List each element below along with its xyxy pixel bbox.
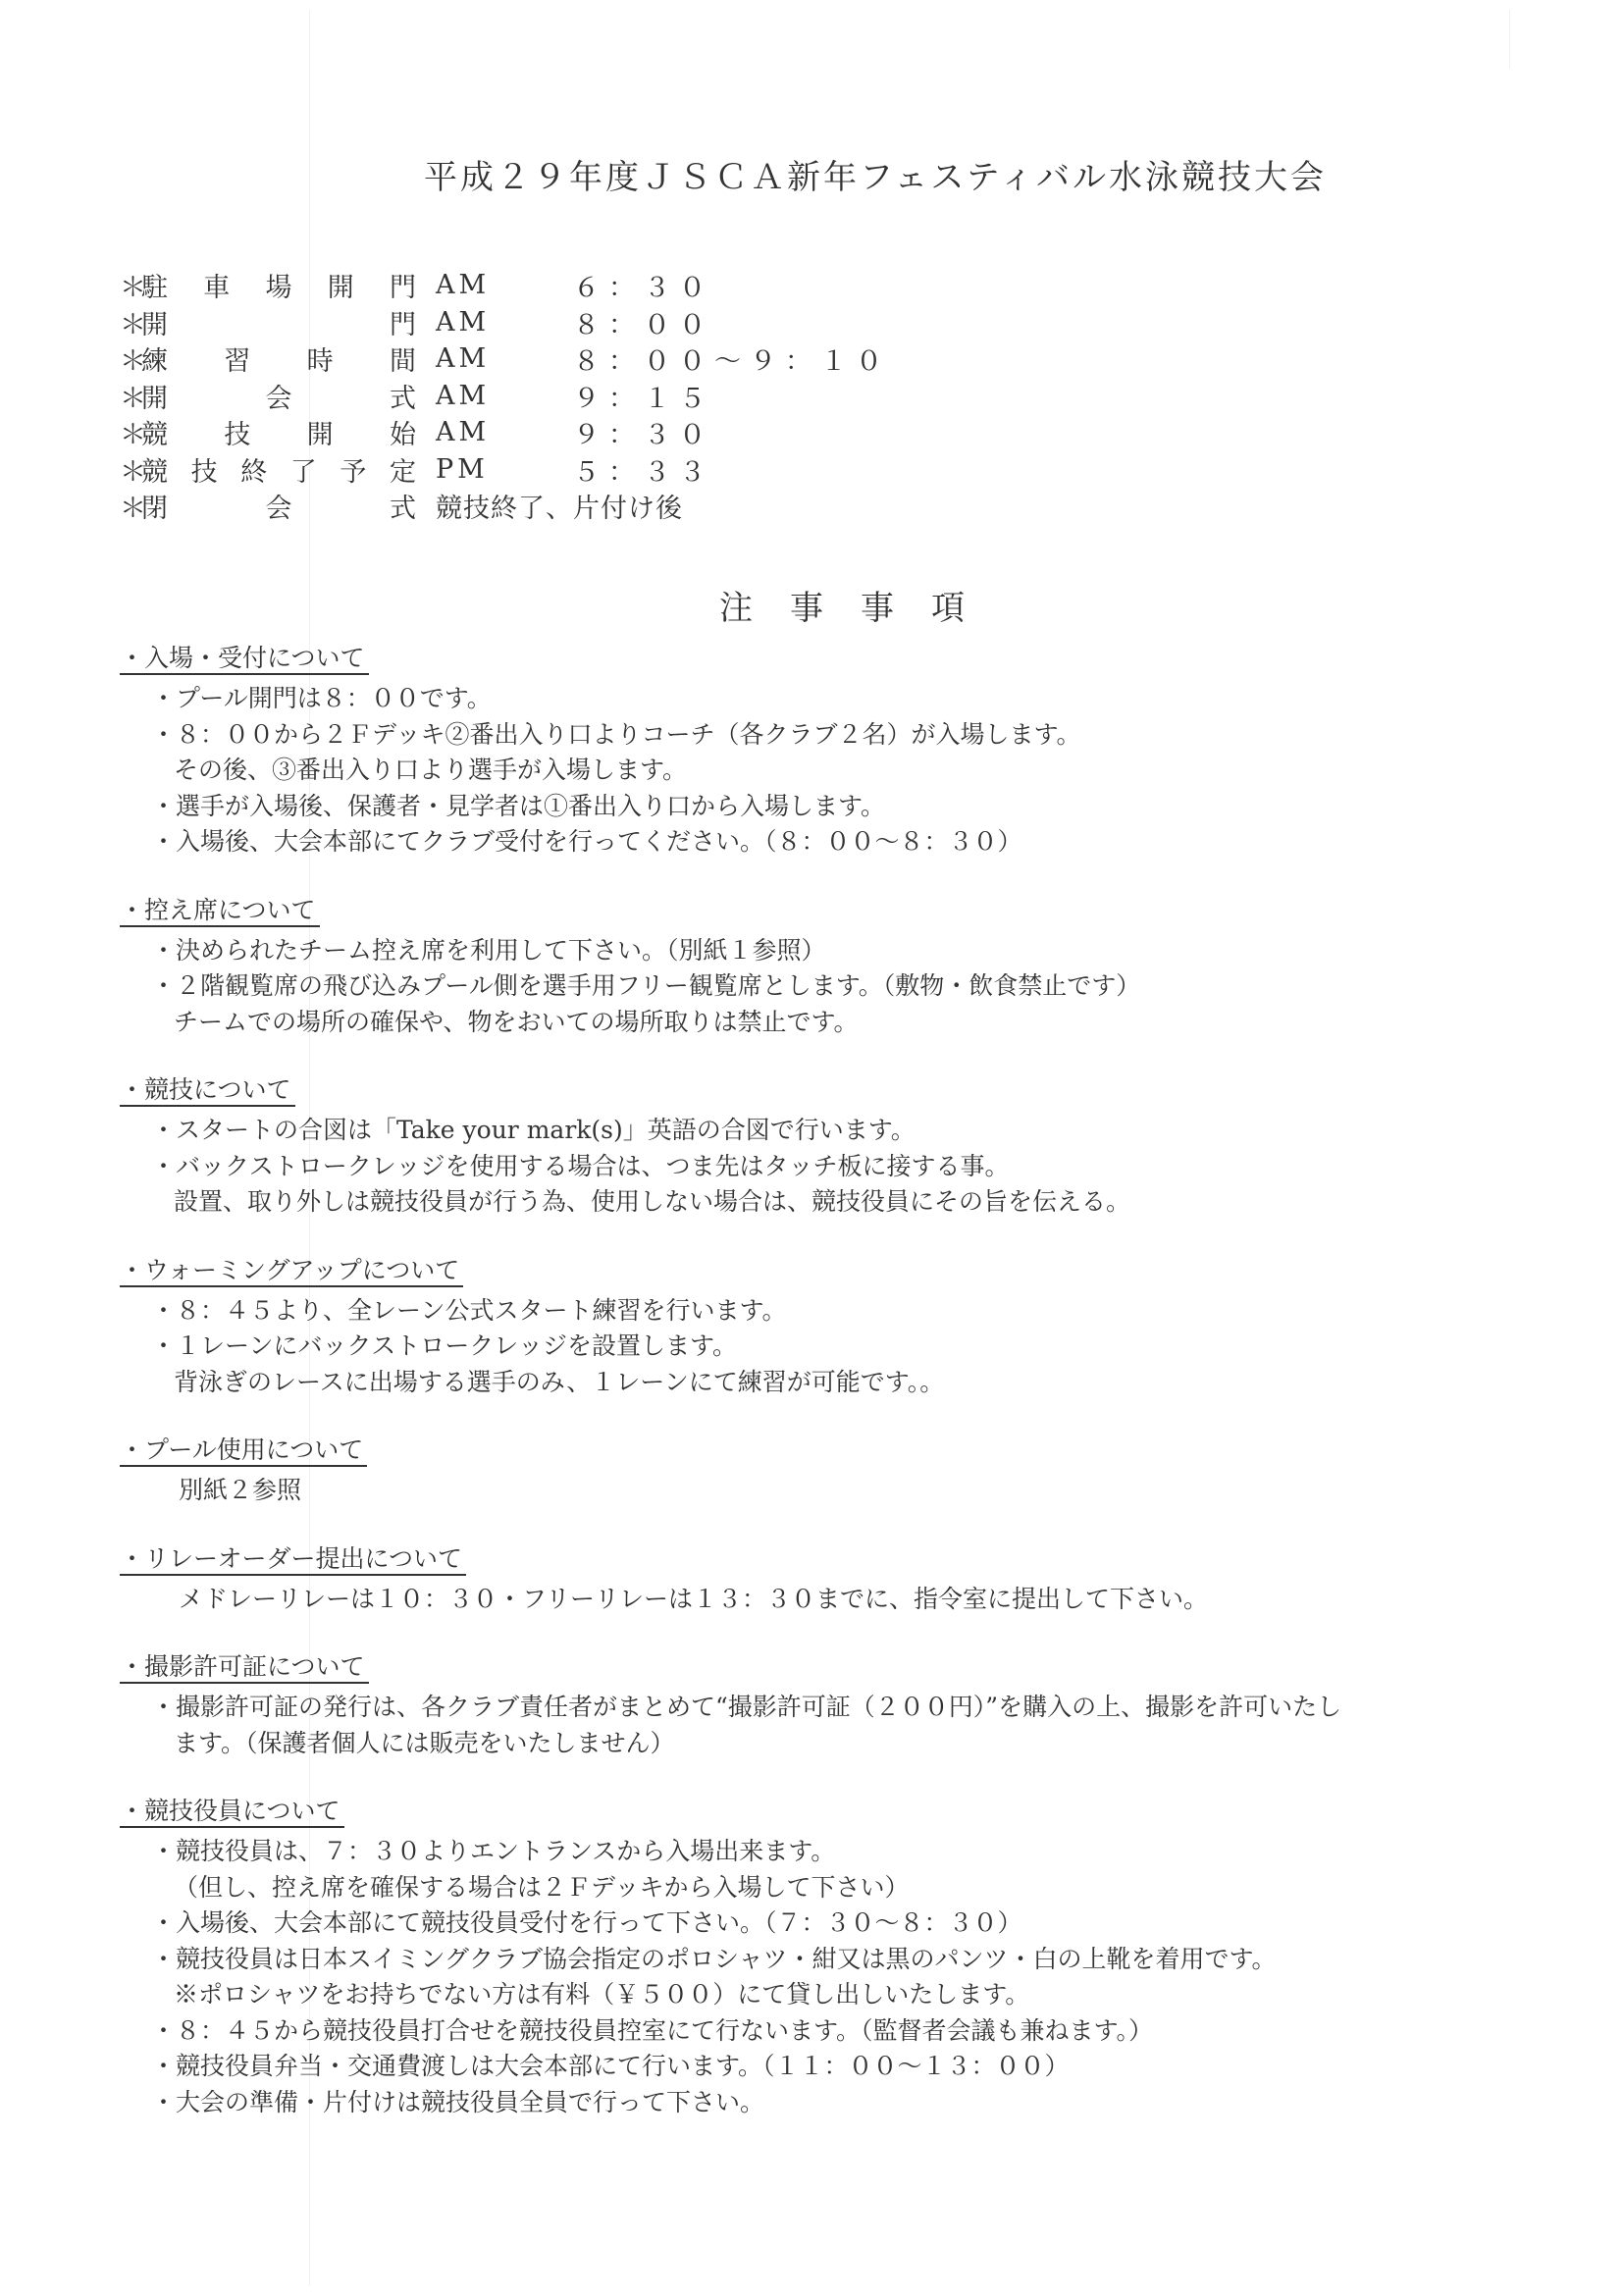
schedule-label-char: 競 xyxy=(141,450,168,489)
schedule-label: 競技終了予定 xyxy=(141,450,436,489)
schedule-label: 競技開始 xyxy=(141,413,436,451)
bullet-item: ・入場後、大会本部にてクラブ受付を行ってください。（８：００〜８：３０） xyxy=(120,824,1513,861)
schedule-ampm: AM xyxy=(436,381,573,411)
schedule-time: ６：３０ xyxy=(573,266,714,304)
section-heading: ・控え席について xyxy=(120,896,320,927)
notes-heading: 注事事項 xyxy=(0,581,1623,629)
scan-edge-line-right xyxy=(1509,10,1510,69)
bullet-item: ・入場後、大会本部にて競技役員受付を行って下さい。（７：３０〜８：３０） xyxy=(120,1905,1513,1942)
bullet-item: ・撮影許可証の発行は、各クラブ責任者がまとめて“撮影許可証（２００円）”を購入の… xyxy=(120,1690,1513,1726)
notes-section: ・撮影許可証について・撮影許可証の発行は、各クラブ責任者がまとめて“撮影許可証（… xyxy=(120,1652,1513,1761)
schedule-label-char: 予 xyxy=(340,450,366,489)
notes-section: ・競技について・スタートの合図は「Take your mark(s)」英語の合図… xyxy=(120,1075,1513,1221)
schedule-time: ９：３０ xyxy=(573,413,714,451)
schedule-label: 開門 xyxy=(141,303,436,341)
asterisk-marker: ＊ xyxy=(120,487,141,525)
bullet-item: ・バックストロークレッジを使用する場合は、つま先はタッチ板に接する事。 xyxy=(120,1149,1513,1185)
schedule-time: ５：３３ xyxy=(573,450,714,489)
section-heading: ・入場・受付について xyxy=(120,644,369,675)
schedule-label-char: 間 xyxy=(390,339,416,378)
schedule-label-char: 式 xyxy=(390,377,416,415)
section-heading: ・競技役員について xyxy=(120,1797,344,1828)
schedule-row: ＊開会式AM９：１５ xyxy=(120,378,891,415)
schedule-label-char: 始 xyxy=(390,413,416,451)
continuation-text: チームでの場所の確保や、物をおいての場所取りは禁止です。 xyxy=(120,1005,1513,1041)
schedule-time: ８：００ xyxy=(573,303,714,341)
schedule-label-char: 技 xyxy=(224,413,250,451)
schedule-label: 開会式 xyxy=(141,377,436,415)
asterisk-marker: ＊ xyxy=(120,377,141,415)
schedule-label-char: 開 xyxy=(141,303,168,341)
continuation-text: 背泳ぎのレースに出場する選手のみ、１レーンにて練習が可能です。。 xyxy=(120,1365,1513,1401)
schedule-label-char: 門 xyxy=(390,303,416,341)
schedule-label-char: 開 xyxy=(141,377,168,415)
continuation-text: （但し、控え席を確保する場合は２Ｆデッキから入場して下さい） xyxy=(120,1870,1513,1906)
schedule-ampm: AM xyxy=(436,270,573,300)
schedule-note: 競技終了、片付け後 xyxy=(436,487,683,525)
bullet-item: ・２階観覧席の飛び込みプール側を選手用フリー観覧席とします。（敷物・飲食禁止です… xyxy=(120,968,1513,1005)
event-schedule: ＊駐車場開門AM６：３０＊開門AM８：００＊練習時間AM８：００〜９：１０＊開会… xyxy=(120,267,891,525)
continuation-text: 設置、取り外しは競技役員が行う為、使用しない場合は、競技役員にその旨を伝える。 xyxy=(120,1184,1513,1221)
continuation-text: 別紙２参照 xyxy=(120,1473,1513,1509)
schedule-ampm: AM xyxy=(436,417,573,447)
schedule-row: ＊競技終了予定PM５：３３ xyxy=(120,451,891,489)
schedule-label-char: 門 xyxy=(390,266,416,304)
bullet-item: ・決められたチーム控え席を利用して下さい。（別紙１参照） xyxy=(120,933,1513,969)
bullet-item: ・１レーンにバックストロークレッジを設置します。 xyxy=(120,1329,1513,1365)
schedule-row: ＊閉会式競技終了、片付け後 xyxy=(120,488,891,525)
schedule-label-char: 練 xyxy=(141,339,168,378)
schedule-ampm: AM xyxy=(436,307,573,338)
notes-section: ・プール使用について別紙２参照 xyxy=(120,1435,1513,1509)
continuation-text: ※ポロシャツをお持ちでない方は有料（￥５００）にて貸し出しいたします。 xyxy=(120,1977,1513,2013)
notes-section: ・ウォーミングアップについて・８：４５より、全レーン公式スタート練習を行います。… xyxy=(120,1256,1513,1401)
notes-sections: ・入場・受付について・プール開門は８：００です。・８：００から２Ｆデッキ②番出入… xyxy=(120,644,1513,2156)
notes-section: ・控え席について・決められたチーム控え席を利用して下さい。（別紙１参照）・２階観… xyxy=(120,896,1513,1041)
bullet-item: ・競技役員は、７：３０よりエントランスから入場出来ます。 xyxy=(120,1834,1513,1870)
bullet-item: ・８：４５から競技役員打合せを競技役員控室にて行ないます。（監督者会議も兼ねます… xyxy=(120,2013,1513,2050)
bullet-item: ・プール開門は８：００です。 xyxy=(120,681,1513,717)
asterisk-marker: ＊ xyxy=(120,339,141,378)
asterisk-marker: ＊ xyxy=(120,413,141,451)
schedule-time: ９：１５ xyxy=(573,377,714,415)
bullet-item: ・８：００から２Ｆデッキ②番出入り口よりコーチ（各クラブ２名）が入場します。 xyxy=(120,717,1513,754)
bullet-item: ・競技役員は日本スイミングクラブ協会指定のポロシャツ・紺又は黒のパンツ・白の上靴… xyxy=(120,1942,1513,1978)
notes-section: ・競技役員について・競技役員は、７：３０よりエントランスから入場出来ます。（但し… xyxy=(120,1797,1513,2120)
schedule-ampm: AM xyxy=(436,343,573,374)
schedule-label-char: 競 xyxy=(141,413,168,451)
schedule-time: ８：００〜９：１０ xyxy=(573,339,891,378)
section-heading: ・撮影許可証について xyxy=(120,1652,369,1684)
bullet-item: ・競技役員弁当・交通費渡しは大会本部にて行います。（１１：００〜１３：００） xyxy=(120,2049,1513,2085)
section-heading: ・ウォーミングアップについて xyxy=(120,1256,463,1287)
schedule-label-char: 閉 xyxy=(141,487,168,525)
section-heading: ・リレーオーダー提出について xyxy=(120,1544,466,1576)
schedule-row: ＊駐車場開門AM６：３０ xyxy=(120,267,891,304)
schedule-label-char: 会 xyxy=(266,487,292,525)
schedule-row: ＊開門AM８：００ xyxy=(120,304,891,341)
schedule-label-char: 開 xyxy=(307,413,334,451)
schedule-label-char: 式 xyxy=(390,487,416,525)
schedule-label-char: 終 xyxy=(240,450,267,489)
bullet-item: ・８：４５より、全レーン公式スタート練習を行います。 xyxy=(120,1293,1513,1330)
continuation-text: その後、③番出入り口より選手が入場します。 xyxy=(120,753,1513,789)
schedule-row: ＊練習時間AM８：００〜９：１０ xyxy=(120,340,891,378)
schedule-label-char: 駐 xyxy=(141,266,168,304)
notes-section: ・入場・受付について・プール開門は８：００です。・８：００から２Ｆデッキ②番出入… xyxy=(120,644,1513,861)
schedule-label-char: 技 xyxy=(191,450,218,489)
bullet-item: ・スタートの合図は「Take your mark(s)」英語の合図で行います。 xyxy=(120,1113,1513,1149)
schedule-ampm: PM xyxy=(436,454,573,485)
continuation-text: メドレーリレーは１０：３０・フリーリレーは１３：３０までに、指令室に提出して下さ… xyxy=(120,1582,1513,1618)
schedule-label-char: 開 xyxy=(328,266,354,304)
document-title: 平成２９年度ＪＳＣＡ新年フェスティバル水泳競技大会 xyxy=(0,150,1623,198)
schedule-label: 駐車場開門 xyxy=(141,266,436,304)
schedule-label-char: 習 xyxy=(224,339,250,378)
schedule-label-char: 時 xyxy=(307,339,334,378)
schedule-label: 練習時間 xyxy=(141,339,436,378)
continuation-text: ます。（保護者個人には販売をいたしません） xyxy=(120,1726,1513,1762)
notes-section: ・リレーオーダー提出についてメドレーリレーは１０：３０・フリーリレーは１３：３０… xyxy=(120,1544,1513,1618)
schedule-label: 閉会式 xyxy=(141,487,436,525)
schedule-row: ＊競技開始AM９：３０ xyxy=(120,414,891,451)
asterisk-marker: ＊ xyxy=(120,450,141,489)
section-heading: ・プール使用について xyxy=(120,1435,367,1467)
schedule-label-char: 場 xyxy=(266,266,292,304)
schedule-label-char: 会 xyxy=(266,377,292,415)
asterisk-marker: ＊ xyxy=(120,266,141,304)
schedule-label-char: 定 xyxy=(390,450,416,489)
section-heading: ・競技について xyxy=(120,1075,295,1107)
schedule-label-char: 了 xyxy=(290,450,317,489)
bullet-item: ・大会の準備・片付けは競技役員全員で行って下さい。 xyxy=(120,2085,1513,2121)
bullet-item: ・選手が入場後、保護者・見学者は①番出入り口から入場します。 xyxy=(120,789,1513,825)
asterisk-marker: ＊ xyxy=(120,303,141,341)
schedule-label-char: 車 xyxy=(203,266,230,304)
